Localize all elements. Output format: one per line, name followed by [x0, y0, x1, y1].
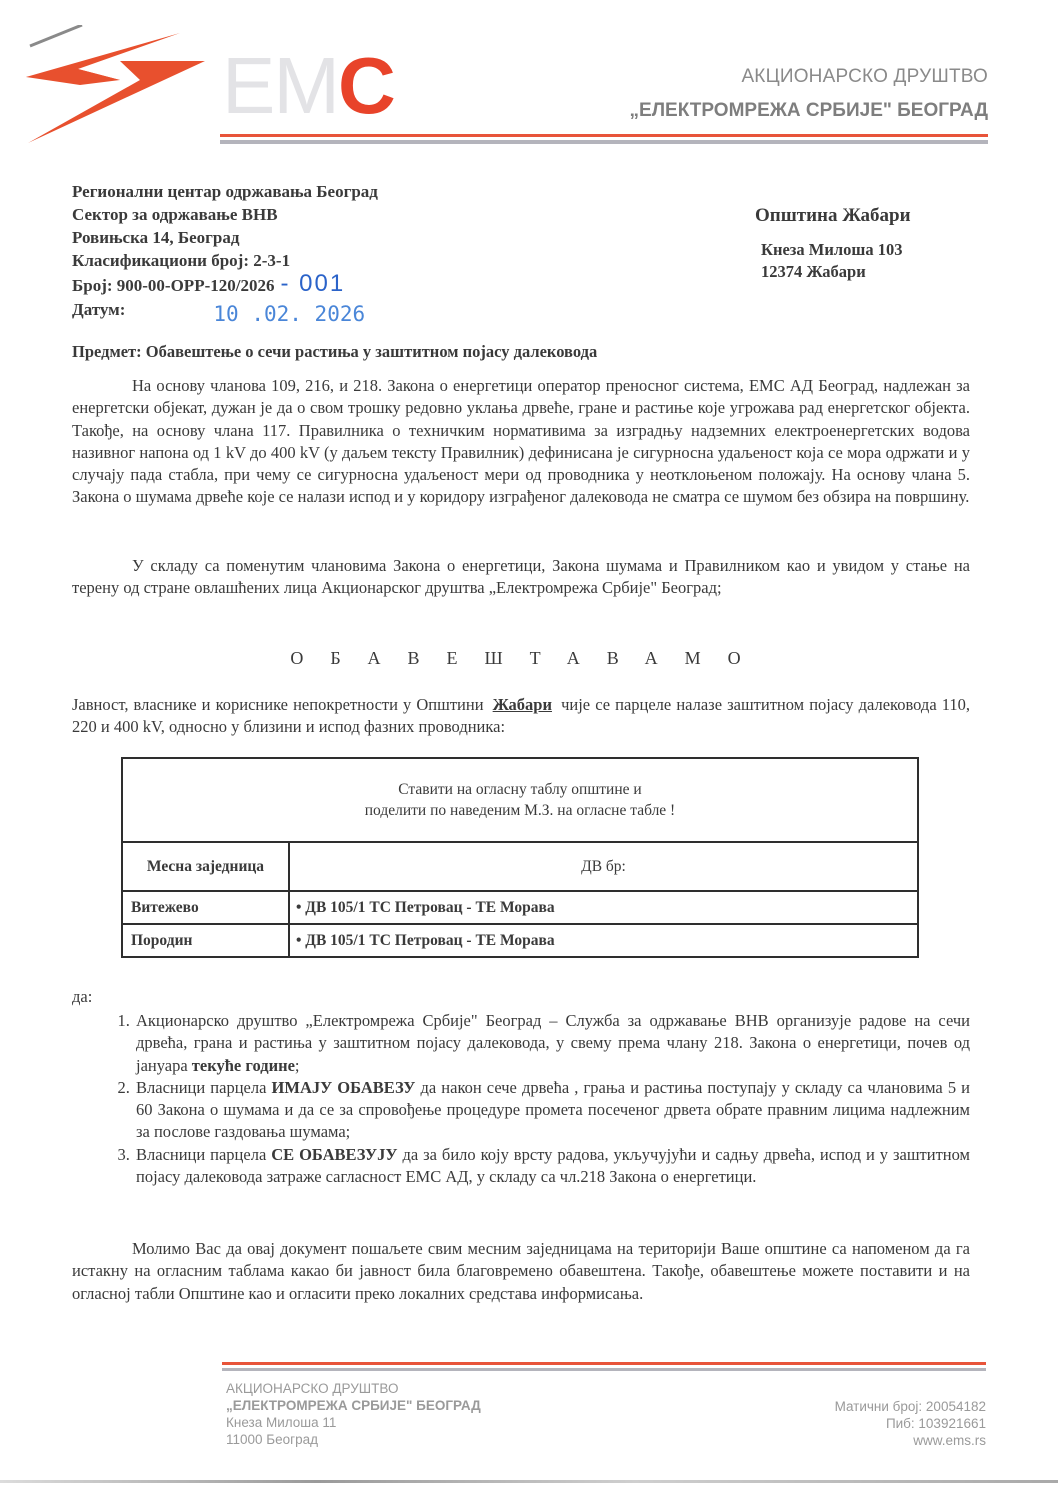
- date-stamp: 10 .02. 2026: [213, 302, 365, 326]
- paragraph-public-notice: Јавност, власнике и кориснике непокретно…: [72, 694, 970, 739]
- date-label: Датум:: [72, 300, 125, 319]
- ems-lightning-logo-icon: [20, 25, 220, 150]
- footer-divider-red: [222, 1362, 986, 1365]
- recipient-address: Кнеза Милоша 103 12374 Жабари: [761, 239, 911, 283]
- footer-website-link[interactable]: www.ems.rs: [835, 1432, 986, 1449]
- item3-before: Власници парцела: [136, 1145, 271, 1164]
- footer-street: Кнеза Милоша 11: [226, 1414, 481, 1431]
- recipient-name: Општина Жабари: [755, 205, 911, 227]
- sender-sector: Сектор за одржавање ВНВ: [72, 203, 378, 226]
- sender-address: Ровињска 14, Београд: [72, 226, 378, 249]
- list-intro: да:: [72, 987, 92, 1007]
- paragraph-compliance: У складу са поменутим члановима Закона о…: [72, 555, 970, 600]
- table-row: Породин• ДВ 105/1 ТС Петровац - ТЕ Морав…: [122, 924, 918, 957]
- document-number-row: Број: 900-00-ОРР-120/2026- 001: [72, 272, 378, 297]
- community-cell: Породин: [122, 924, 289, 957]
- footer-registry-number: Матични број: 20054182: [835, 1398, 986, 1415]
- list-item: Власници парцела ИМАЈУ ОБАВЕЗУ да након …: [134, 1077, 970, 1144]
- ems-wordmark: EMC: [222, 46, 394, 126]
- company-name-line1: АКЦИОНАРСКО ДРУШТВО: [741, 66, 988, 88]
- table-row: Витежево• ДВ 105/1 ТС Петровац - ТЕ Мора…: [122, 891, 918, 924]
- sender-center: Регионални центар одржавања Београд: [72, 180, 378, 203]
- sender-block: Регионални центар одржавања Београд Сект…: [72, 180, 378, 321]
- closing-paragraph: Молимо Вас да овај документ пошаљете сви…: [72, 1238, 970, 1305]
- header-divider-grey: [220, 140, 988, 144]
- classification-number: Класификациони број: 2-3-1: [72, 249, 378, 272]
- recipient-block: Општина Жабари Кнеза Милоша 103 12374 Жа…: [755, 205, 911, 283]
- footer-registration-info: Матични број: 20054182 Пиб: 103921661 ww…: [835, 1398, 986, 1449]
- table-instruction: Ставити на огласну таблу општине иподели…: [122, 758, 918, 842]
- item1-bold: текуће године: [192, 1056, 295, 1075]
- instruction-line2: поделити по наведеним М.З. на огласне та…: [124, 800, 916, 821]
- notice-text-before: Јавност, власнике и кориснике непокретно…: [72, 695, 489, 714]
- company-name-line2: „ЕЛЕКТРОМРЕЖА СРБИЈЕ" БЕОГРАД: [630, 100, 988, 122]
- column-header-community: Месна заједница: [122, 842, 289, 891]
- footer-company-line2: „ЕЛЕКТРОМРЕЖА СРБИЈЕ" БЕОГРАД: [226, 1397, 481, 1414]
- list-item: Акционарско друштво „Електромрежа Србије…: [134, 1010, 970, 1077]
- powerline-cell: • ДВ 105/1 ТС Петровац - ТЕ Морава: [289, 891, 918, 924]
- subject-line: Предмет: Обавештење о сечи растиња у заш…: [72, 342, 597, 362]
- scan-edge-line: [0, 1480, 1058, 1483]
- notice-table: Ставити на огласну таблу општине иподели…: [121, 757, 919, 958]
- document-number: Број: 900-00-ОРР-120/2026: [72, 276, 274, 295]
- footer-tax-id: Пиб: 103921661: [835, 1415, 986, 1432]
- instruction-line1: Ставити на огласну таблу општине и: [124, 779, 916, 800]
- header-divider-red: [220, 134, 988, 137]
- wordmark-c: C: [338, 41, 394, 130]
- recipient-city: 12374 Жабари: [761, 261, 911, 283]
- item2-before: Власници парцела: [136, 1078, 272, 1097]
- item1-end: ;: [295, 1056, 300, 1075]
- announcement-heading: ОБАВЕШТАВАМО: [0, 648, 1058, 669]
- recipient-street: Кнеза Милоша 103: [761, 239, 911, 261]
- item3-bold: СЕ ОБАВЕЗУЈУ: [271, 1145, 397, 1164]
- closing-text: Молимо Вас да овај документ пошаљете сви…: [72, 1239, 970, 1303]
- item2-bold: ИМАЈУ ОБАВЕЗУ: [272, 1078, 416, 1097]
- wordmark-em: EM: [222, 41, 338, 130]
- paragraph-legal-basis-text: На основу чланова 109, 216, и 218. Закон…: [72, 376, 970, 506]
- footer-company-line1: АКЦИОНАРСКО ДРУШТВО: [226, 1380, 481, 1397]
- footer-city: 11000 Београд: [226, 1431, 481, 1448]
- paragraph-compliance-text: У складу са поменутим члановима Закона о…: [72, 556, 970, 597]
- paragraph-legal-basis: На основу чланова 109, 216, и 218. Закон…: [72, 375, 970, 509]
- column-header-line: ДВ бр:: [289, 842, 918, 891]
- community-cell: Витежево: [122, 891, 289, 924]
- date-row: Датум:10 .02. 2026: [72, 297, 378, 321]
- footer-company-info: АКЦИОНАРСКО ДРУШТВО „ЕЛЕКТРОМРЕЖА СРБИЈЕ…: [226, 1380, 481, 1448]
- handwritten-suffix: - 001: [280, 270, 345, 297]
- footer-divider-grey: [222, 1368, 986, 1371]
- obligations-list: Акционарско друштво „Електромрежа Србије…: [72, 1010, 970, 1188]
- powerline-cell: • ДВ 105/1 ТС Петровац - ТЕ Морава: [289, 924, 918, 957]
- list-item: Власници парцела СЕ ОБАВЕЗУЈУ да за било…: [134, 1144, 970, 1189]
- municipality-name: Жабари: [489, 695, 556, 714]
